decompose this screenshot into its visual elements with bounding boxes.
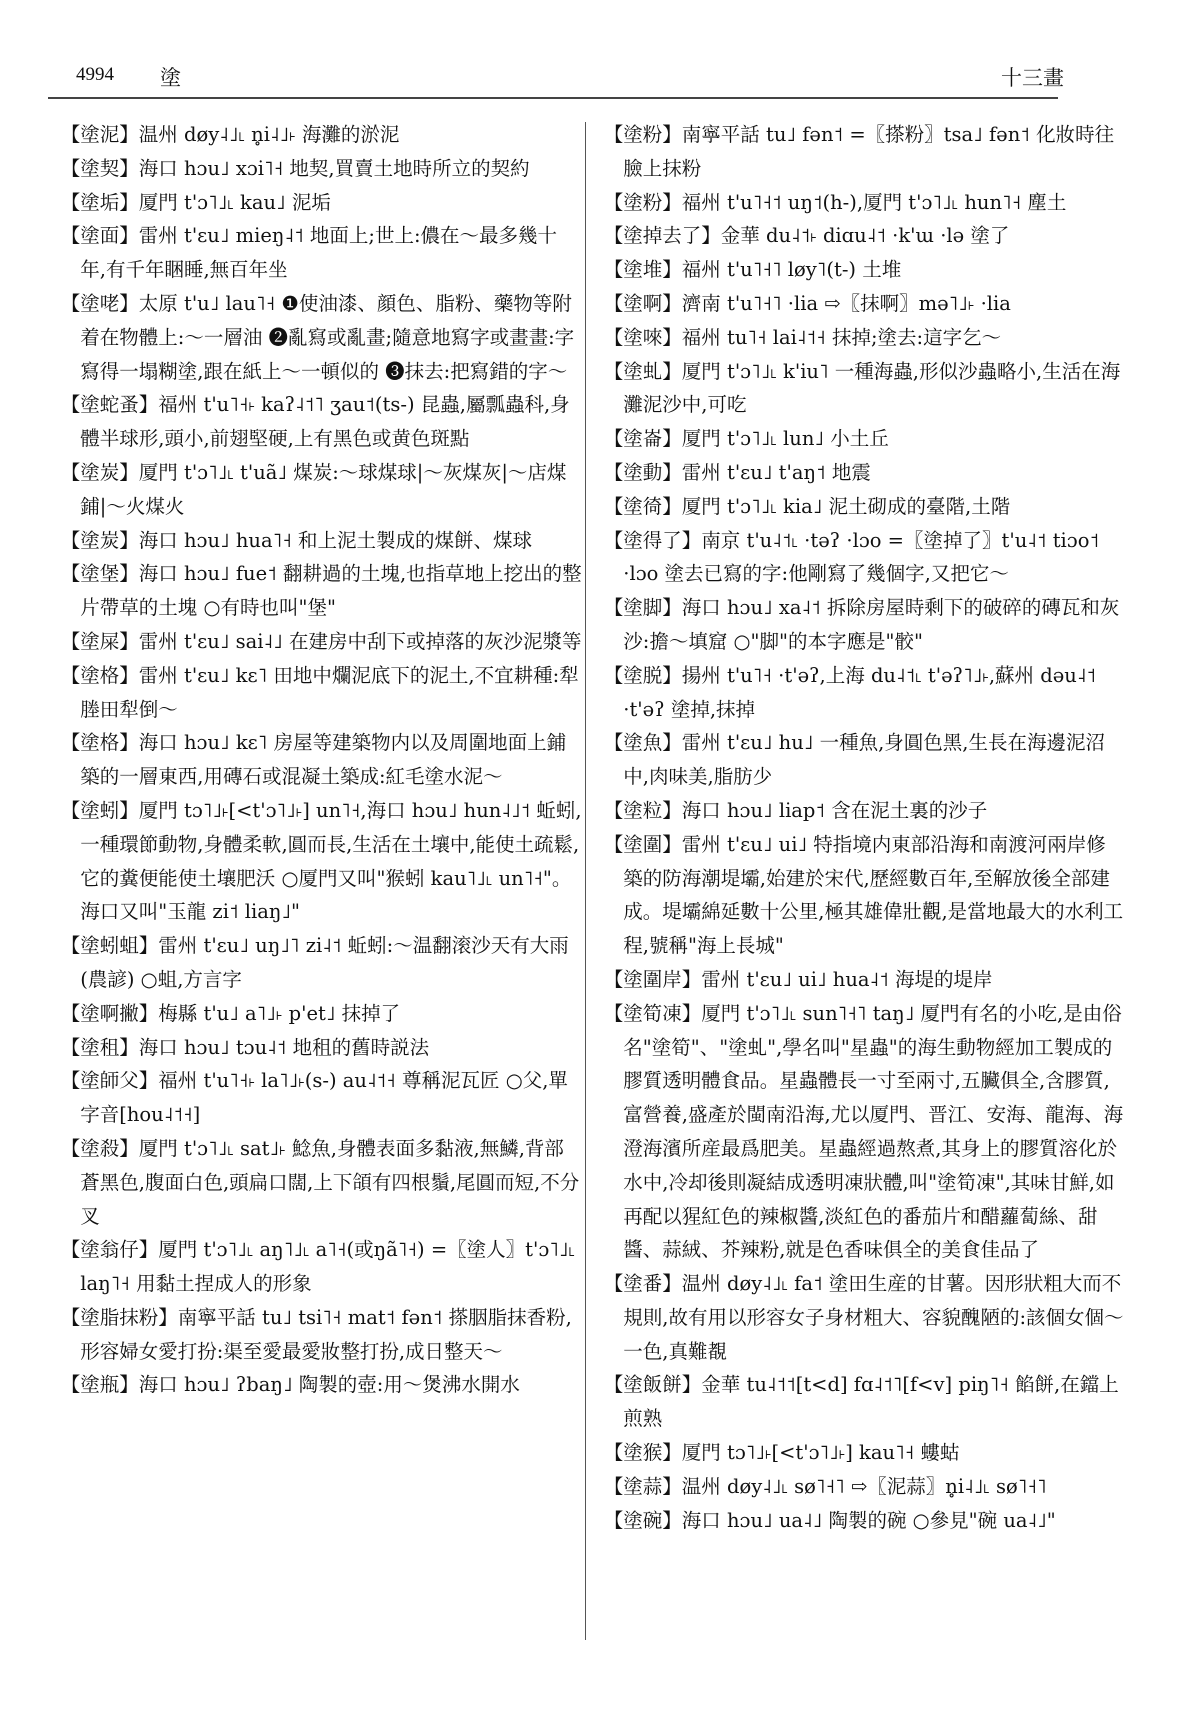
entry-definition: 福州 t'u˥˧˦ uŋ˦(h-),厦門 t'ɔ˥˩˪ hun˥˧ 塵土 (682, 191, 1067, 214)
entry-definition: 福州 tu˥˧ lai˨˦˧ 抹掉;塗去:這字乞～ (682, 326, 1001, 349)
entry-definition: 温州 døy˨˩˪ sø˥˧˥ ⇨〖泥蒜〗n̥i˨˩˪ sø˥˧˥ (682, 1475, 1047, 1498)
dictionary-entry: 【塗圍】雷州 t'ɛu˩ ui˩ 特指境内東部沿海和南渡河兩岸修築的防海潮堤壩,… (595, 828, 1125, 963)
entry-definition: 海口 hɔu˩ ʔbaŋ˩ 陶製的壺:用～煲沸水開水 (139, 1373, 520, 1396)
dictionary-entry: 【塗虬】厦門 t'ɔ˥˩˪ k'iu˥ 一種海蟲,形似沙蟲略小,生活在海灘泥沙中… (595, 355, 1125, 423)
entry-headword: 【塗飯餅】 (604, 1373, 702, 1396)
entry-headword: 【塗翁仔】 (61, 1238, 159, 1261)
page-header: 4994 塗 十三畫 (48, 58, 1088, 92)
dictionary-entry: 【塗泥】温州 døy˨˩˪ n̥i˨˩˫ 海灘的淤泥 (52, 118, 582, 152)
entry-headword: 【塗師父】 (61, 1069, 159, 1092)
header-rule (48, 97, 1058, 99)
entry-definition: 厦門 tɔ˥˩˫[<t'ɔ˥˩˫] kau˥˧ 螻蛄 (682, 1441, 960, 1464)
entry-headword: 【塗炭】 (61, 461, 139, 484)
entry-headword: 【塗蚓】 (61, 799, 139, 822)
entry-definition: 厦門 t'ɔ˥˩˪ kia˩ 泥土砌成的臺階,土階 (682, 495, 1010, 518)
entry-headword: 【塗蒜】 (604, 1475, 682, 1498)
entry-headword: 【塗瓶】 (61, 1373, 139, 1396)
entry-headword: 【塗虬】 (604, 360, 682, 383)
entry-headword: 【塗炭】 (61, 529, 139, 552)
dictionary-entry: 【塗徛】厦門 t'ɔ˥˩˪ kia˩ 泥土砌成的臺階,土階 (595, 490, 1125, 524)
entry-headword: 【塗蚓蛆】 (61, 934, 159, 957)
entry-headword: 【塗咾】 (61, 292, 139, 315)
entry-definition: 海口 hɔu˩ tɔu˨˦ 地租的舊時説法 (139, 1036, 429, 1059)
dictionary-entry: 【塗屎】雷州 t'ɛu˩ sai˨˩ 在建房中刮下或掉落的灰沙泥漿等 (52, 625, 582, 659)
dictionary-entry: 【塗番】温州 døy˨˩˪ fa˦ 塗田生産的甘薯。因形狀粗大而不規則,故有用以… (595, 1267, 1125, 1368)
entry-definition: 雷州 t'ɛu˩ sai˨˩ 在建房中刮下或掉落的灰沙泥漿等 (139, 630, 582, 653)
dictionary-entry: 【塗碗】海口 hɔu˩ ua˨˩ 陶製的碗 ○參見"碗 ua˨˩" (595, 1504, 1125, 1538)
entry-headword: 【塗垢】 (61, 191, 139, 214)
entry-headword: 【塗粒】 (604, 799, 682, 822)
entry-headword: 【塗番】 (604, 1272, 682, 1295)
entry-definition: 海口 hɔu˩ liap˦ 含在泥土裏的沙子 (682, 799, 987, 822)
dictionary-entry: 【塗魚】雷州 t'ɛu˩ hu˩ 一種魚,身圓色黑,生長在海邊泥沼中,肉味美,脂… (595, 726, 1125, 794)
dictionary-entry: 【塗飯餅】金華 tu˨˦˦[t<d] fɑ˨˦˥[f<v] piŋ˥˧ 餡餅,在… (595, 1368, 1125, 1436)
entry-definition: 太原 t'u˩ lau˥˧ ❶使油漆、顔色、脂粉、藥物等附着在物體上:～一層油 … (80, 292, 574, 383)
entry-definition: 揚州 t'u˥˧ ·t'əʔ,上海 du˨˦˪ t'əʔ˥˩˫,蘇州 dəu˨˦… (623, 664, 1096, 721)
entry-definition: 厦門 t'ɔ˥˩˪ k'iu˥ 一種海蟲,形似沙蟲略小,生活在海灘泥沙中,可吃 (623, 360, 1120, 417)
dictionary-entry: 【塗格】雷州 t'ɛu˩ kɛ˥ 田地中爛泥底下的泥土,不宜耕種:犁塍田犁倒～ (52, 659, 582, 727)
dictionary-entry: 【塗動】雷州 t'ɛu˩ t'aŋ˦ 地震 (595, 456, 1125, 490)
dictionary-entry: 【塗契】海口 hɔu˩ xɔi˥˧ 地契,買賣土地時所立的契約 (52, 152, 582, 186)
entry-definition: 濟南 t'u˥˧˥ ·lia ⇨〖抹啊〗mə˥˩˫ ·lia (682, 292, 1011, 315)
dictionary-entry: 【塗啊】濟南 t'u˥˧˥ ·lia ⇨〖抹啊〗mə˥˩˫ ·lia (595, 287, 1125, 321)
entry-headword: 【塗粉】 (604, 123, 682, 146)
entry-headword: 【塗碗】 (604, 1509, 682, 1532)
entry-headword: 【塗脂抹粉】 (61, 1306, 178, 1329)
dictionary-entry: 【塗脚】海口 hɔu˩ xa˨˦ 拆除房屋時剩下的破碎的磚瓦和灰沙:擔～填窟 ○… (595, 591, 1125, 659)
dictionary-entry: 【塗粉】南寧平話 tu˩ fən˦ =〖搽粉〗tsa˩ fən˦ 化妝時往臉上抹… (595, 118, 1125, 186)
dictionary-entry: 【塗堡】海口 hɔu˩ fue˦ 翻耕過的土塊,也指草地上挖出的整片帶草的土塊 … (52, 557, 582, 625)
right-column: 【塗粉】南寧平話 tu˩ fən˦ =〖搽粉〗tsa˩ fən˦ 化妝時往臉上抹… (595, 118, 1125, 1537)
entry-definition: 雷州 t'ɛu˩ ui˩ 特指境内東部沿海和南渡河兩岸修築的防海潮堤壩,始建於宋… (623, 833, 1123, 957)
entry-headword: 【塗動】 (604, 461, 682, 484)
dictionary-entry: 【塗崙】厦門 t'ɔ˥˩˪ lun˩ 小土丘 (595, 422, 1125, 456)
entry-definition: 雷州 t'ɛu˩ t'aŋ˦ 地震 (682, 461, 871, 484)
dictionary-entry: 【塗蚓蛆】雷州 t'ɛu˩ uŋ˩˥ zi˨˦ 蚯蚓:～温翻滚沙天有大雨(農諺)… (52, 929, 582, 997)
entry-headword: 【塗粉】 (604, 191, 682, 214)
entry-headword: 【塗筍凍】 (604, 1002, 702, 1025)
entry-definition: 海口 hɔu˩ hua˥˧ 和上泥土製成的煤餅、煤球 (139, 529, 532, 552)
dictionary-entry: 【塗得了】南京 t'u˨˦˪ ·təʔ ·lɔo =〖塗掉了〗t'u˨˦ tiɔ… (595, 524, 1125, 592)
dictionary-entry: 【塗脱】揚州 t'u˥˧ ·t'əʔ,上海 du˨˦˪ t'əʔ˥˩˫,蘇州 d… (595, 659, 1125, 727)
dictionary-entry: 【塗堆】福州 t'u˥˧˥ løy˥(t-) 土堆 (595, 253, 1125, 287)
entry-definition: 雷州 t'ɛu˩ mieŋ˨˦ 地面上;世上:儂在～最多幾十年,有千年睏睡,無百… (80, 224, 557, 281)
entry-headword: 【塗格】 (61, 731, 139, 754)
entry-headword: 【塗唻】 (604, 326, 682, 349)
entry-definition: 金華 du˨˦˫ diɑu˨˦ ·k'ɯ ·lə 塗了 (721, 224, 1010, 247)
entry-definition: 海口 hɔu˩ xa˨˦ 拆除房屋時剩下的破碎的磚瓦和灰沙:擔～填窟 ○"脚"的… (623, 596, 1119, 653)
entry-definition: 雷州 t'ɛu˩ kɛ˥ 田地中爛泥底下的泥土,不宜耕種:犁塍田犁倒～ (80, 664, 578, 721)
entry-headword: 【塗掉去了】 (604, 224, 721, 247)
entry-headword: 【塗脚】 (604, 596, 682, 619)
dictionary-entry: 【塗脂抹粉】南寧平話 tu˩ tsi˥˧ mat˦ fən˦ 搽胭脂抹香粉,形容… (52, 1301, 582, 1369)
dictionary-entry: 【塗殺】厦門 t'ɔ˥˩˪ sat˩˫ 鯰魚,身體表面多黏液,無鱗,背部蒼黑色,… (52, 1132, 582, 1233)
head-character: 塗 (160, 62, 181, 92)
page-number: 4994 (76, 64, 114, 86)
entry-headword: 【塗啊撇】 (61, 1002, 159, 1025)
entry-definition: 雷州 t'ɛu˩ hu˩ 一種魚,身圓色黑,生長在海邊泥沼中,肉味美,脂肪少 (623, 731, 1105, 788)
dictionary-entry: 【塗咾】太原 t'u˩ lau˥˧ ❶使油漆、顔色、脂粉、藥物等附着在物體上:～… (52, 287, 582, 388)
dictionary-entry: 【塗啊撇】梅縣 t'u˩ a˥˩˫ p'et˩ 抹掉了 (52, 997, 582, 1031)
dictionary-entry: 【塗炭】厦門 t'ɔ˥˩˪ t'uã˩ 煤炭:～球煤球|～灰煤灰|～店煤鋪|～火… (52, 456, 582, 524)
entry-headword: 【塗租】 (61, 1036, 139, 1059)
entry-definition: 温州 døy˨˩˪ n̥i˨˩˫ 海灘的淤泥 (139, 123, 400, 146)
entry-definition: 福州 t'u˥˧˥ løy˥(t-) 土堆 (682, 258, 901, 281)
dictionary-entry: 【塗蒜】温州 døy˨˩˪ sø˥˧˥ ⇨〖泥蒜〗n̥i˨˩˪ sø˥˧˥ (595, 1470, 1125, 1504)
entry-headword: 【塗格】 (61, 664, 139, 687)
entry-definition: 雷州 t'ɛu˩ ui˩ hua˨˦ 海堤的堤岸 (701, 968, 992, 991)
dictionary-entry: 【塗粉】福州 t'u˥˧˦ uŋ˦(h-),厦門 t'ɔ˥˩˪ hun˥˧ 塵土 (595, 186, 1125, 220)
entry-headword: 【塗屎】 (61, 630, 139, 653)
entry-definition: 厦門 t'ɔ˥˩˪ t'uã˩ 煤炭:～球煤球|～灰煤灰|～店煤鋪|～火煤火 (80, 461, 566, 518)
entry-definition: 海口 hɔu˩ ua˨˩ 陶製的碗 ○參見"碗 ua˨˩" (682, 1509, 1056, 1532)
dictionary-entry: 【塗猴】厦門 tɔ˥˩˫[<t'ɔ˥˩˫] kau˥˧ 螻蛄 (595, 1436, 1125, 1470)
column-divider (585, 122, 586, 1640)
entry-headword: 【塗蛇蚤】 (61, 393, 159, 416)
dictionary-entry: 【塗蚓】厦門 tɔ˥˩˫[<t'ɔ˥˩˫] un˥˧,海口 hɔu˩ hun˨˩… (52, 794, 582, 929)
dictionary-entry: 【塗粒】海口 hɔu˩ liap˦ 含在泥土裏的沙子 (595, 794, 1125, 828)
entry-definition: 厦門 t'ɔ˥˩˪ lun˩ 小土丘 (682, 427, 889, 450)
entry-headword: 【塗契】 (61, 157, 139, 180)
entry-definition: 厦門 tɔ˥˩˫[<t'ɔ˥˩˫] un˥˧,海口 hɔu˩ hun˨˩˦ 蚯蚓… (80, 799, 581, 923)
entry-headword: 【塗堆】 (604, 258, 682, 281)
entry-headword: 【塗圍岸】 (604, 968, 702, 991)
dictionary-entry: 【塗垢】厦門 t'ɔ˥˩˪ kau˩ 泥垢 (52, 186, 582, 220)
entry-headword: 【塗魚】 (604, 731, 682, 754)
dictionary-entry: 【塗圍岸】雷州 t'ɛu˩ ui˩ hua˨˦ 海堤的堤岸 (595, 963, 1125, 997)
dictionary-entry: 【塗格】海口 hɔu˩ kɛ˥ 房屋等建築物内以及周圍地面上鋪築的一層東西,用磚… (52, 726, 582, 794)
entry-definition: 厦門 t'ɔ˥˩˪ kau˩ 泥垢 (139, 191, 331, 214)
entry-headword: 【塗面】 (61, 224, 139, 247)
entry-headword: 【塗堡】 (61, 562, 139, 585)
dictionary-entry: 【塗租】海口 hɔu˩ tɔu˨˦ 地租的舊時説法 (52, 1031, 582, 1065)
entry-definition: 厦門 t'ɔ˥˩˪ sat˩˫ 鯰魚,身體表面多黏液,無鱗,背部蒼黑色,腹面白色… (80, 1137, 579, 1228)
entry-headword: 【塗泥】 (61, 123, 139, 146)
dictionary-entry: 【塗翁仔】厦門 t'ɔ˥˩˪ aŋ˥˩˪ a˥˧(或ŋã˥˧) =〖塗人〗t'ɔ… (52, 1233, 582, 1301)
entry-headword: 【塗殺】 (61, 1137, 139, 1160)
entry-headword: 【塗猴】 (604, 1441, 682, 1464)
entry-definition: 海口 hɔu˩ kɛ˥ 房屋等建築物内以及周圍地面上鋪築的一層東西,用磚石或混凝… (80, 731, 566, 788)
dictionary-entry: 【塗蛇蚤】福州 t'u˥˧˫ kaʔ˨˦˥ ʒau˦(ts-) 昆蟲,屬瓢蟲科,… (52, 388, 582, 456)
entry-definition: 厦門 t'ɔ˥˩˪ sun˥˧˥ taŋ˩ 厦門有名的小吃,是由俗名"塗筍"、"… (623, 1002, 1123, 1262)
entry-definition: 海口 hɔu˩ fue˦ 翻耕過的土塊,也指草地上挖出的整片帶草的土塊 ○有時也… (80, 562, 581, 619)
stroke-section-label: 十三畫 (1001, 62, 1064, 92)
dictionary-entry: 【塗筍凍】厦門 t'ɔ˥˩˪ sun˥˧˥ taŋ˩ 厦門有名的小吃,是由俗名"… (595, 997, 1125, 1267)
entry-headword: 【塗崙】 (604, 427, 682, 450)
entry-definition: 海口 hɔu˩ xɔi˥˧ 地契,買賣土地時所立的契約 (139, 157, 530, 180)
entry-headword: 【塗脱】 (604, 664, 682, 687)
entry-definition: 梅縣 t'u˩ a˥˩˫ p'et˩ 抹掉了 (158, 1002, 400, 1025)
entry-headword: 【塗得了】 (604, 529, 702, 552)
dictionary-entry: 【塗炭】海口 hɔu˩ hua˥˧ 和上泥土製成的煤餅、煤球 (52, 524, 582, 558)
dictionary-entry: 【塗面】雷州 t'ɛu˩ mieŋ˨˦ 地面上;世上:儂在～最多幾十年,有千年睏… (52, 219, 582, 287)
entry-definition: 温州 døy˨˩˪ fa˦ 塗田生産的甘薯。因形狀粗大而不規則,故有用以形容女子… (623, 1272, 1123, 1363)
dictionary-entry: 【塗師父】福州 t'u˥˧˫ la˥˩˫(s-) au˨˦˧ 尊稱泥瓦匠 ○父,… (52, 1064, 582, 1132)
entry-headword: 【塗圍】 (604, 833, 682, 856)
entry-headword: 【塗徛】 (604, 495, 682, 518)
entry-headword: 【塗啊】 (604, 292, 682, 315)
left-column: 【塗泥】温州 døy˨˩˪ n̥i˨˩˫ 海灘的淤泥【塗契】海口 hɔu˩ xɔ… (52, 118, 582, 1402)
dictionary-entry: 【塗掉去了】金華 du˨˦˫ diɑu˨˦ ·k'ɯ ·lə 塗了 (595, 219, 1125, 253)
dictionary-entry: 【塗瓶】海口 hɔu˩ ʔbaŋ˩ 陶製的壺:用～煲沸水開水 (52, 1368, 582, 1402)
dictionary-entry: 【塗唻】福州 tu˥˧ lai˨˦˧ 抹掉;塗去:這字乞～ (595, 321, 1125, 355)
entry-definition: 南寧平話 tu˩ fən˦ =〖搽粉〗tsa˩ fən˦ 化妝時往臉上抹粉 (623, 123, 1114, 180)
